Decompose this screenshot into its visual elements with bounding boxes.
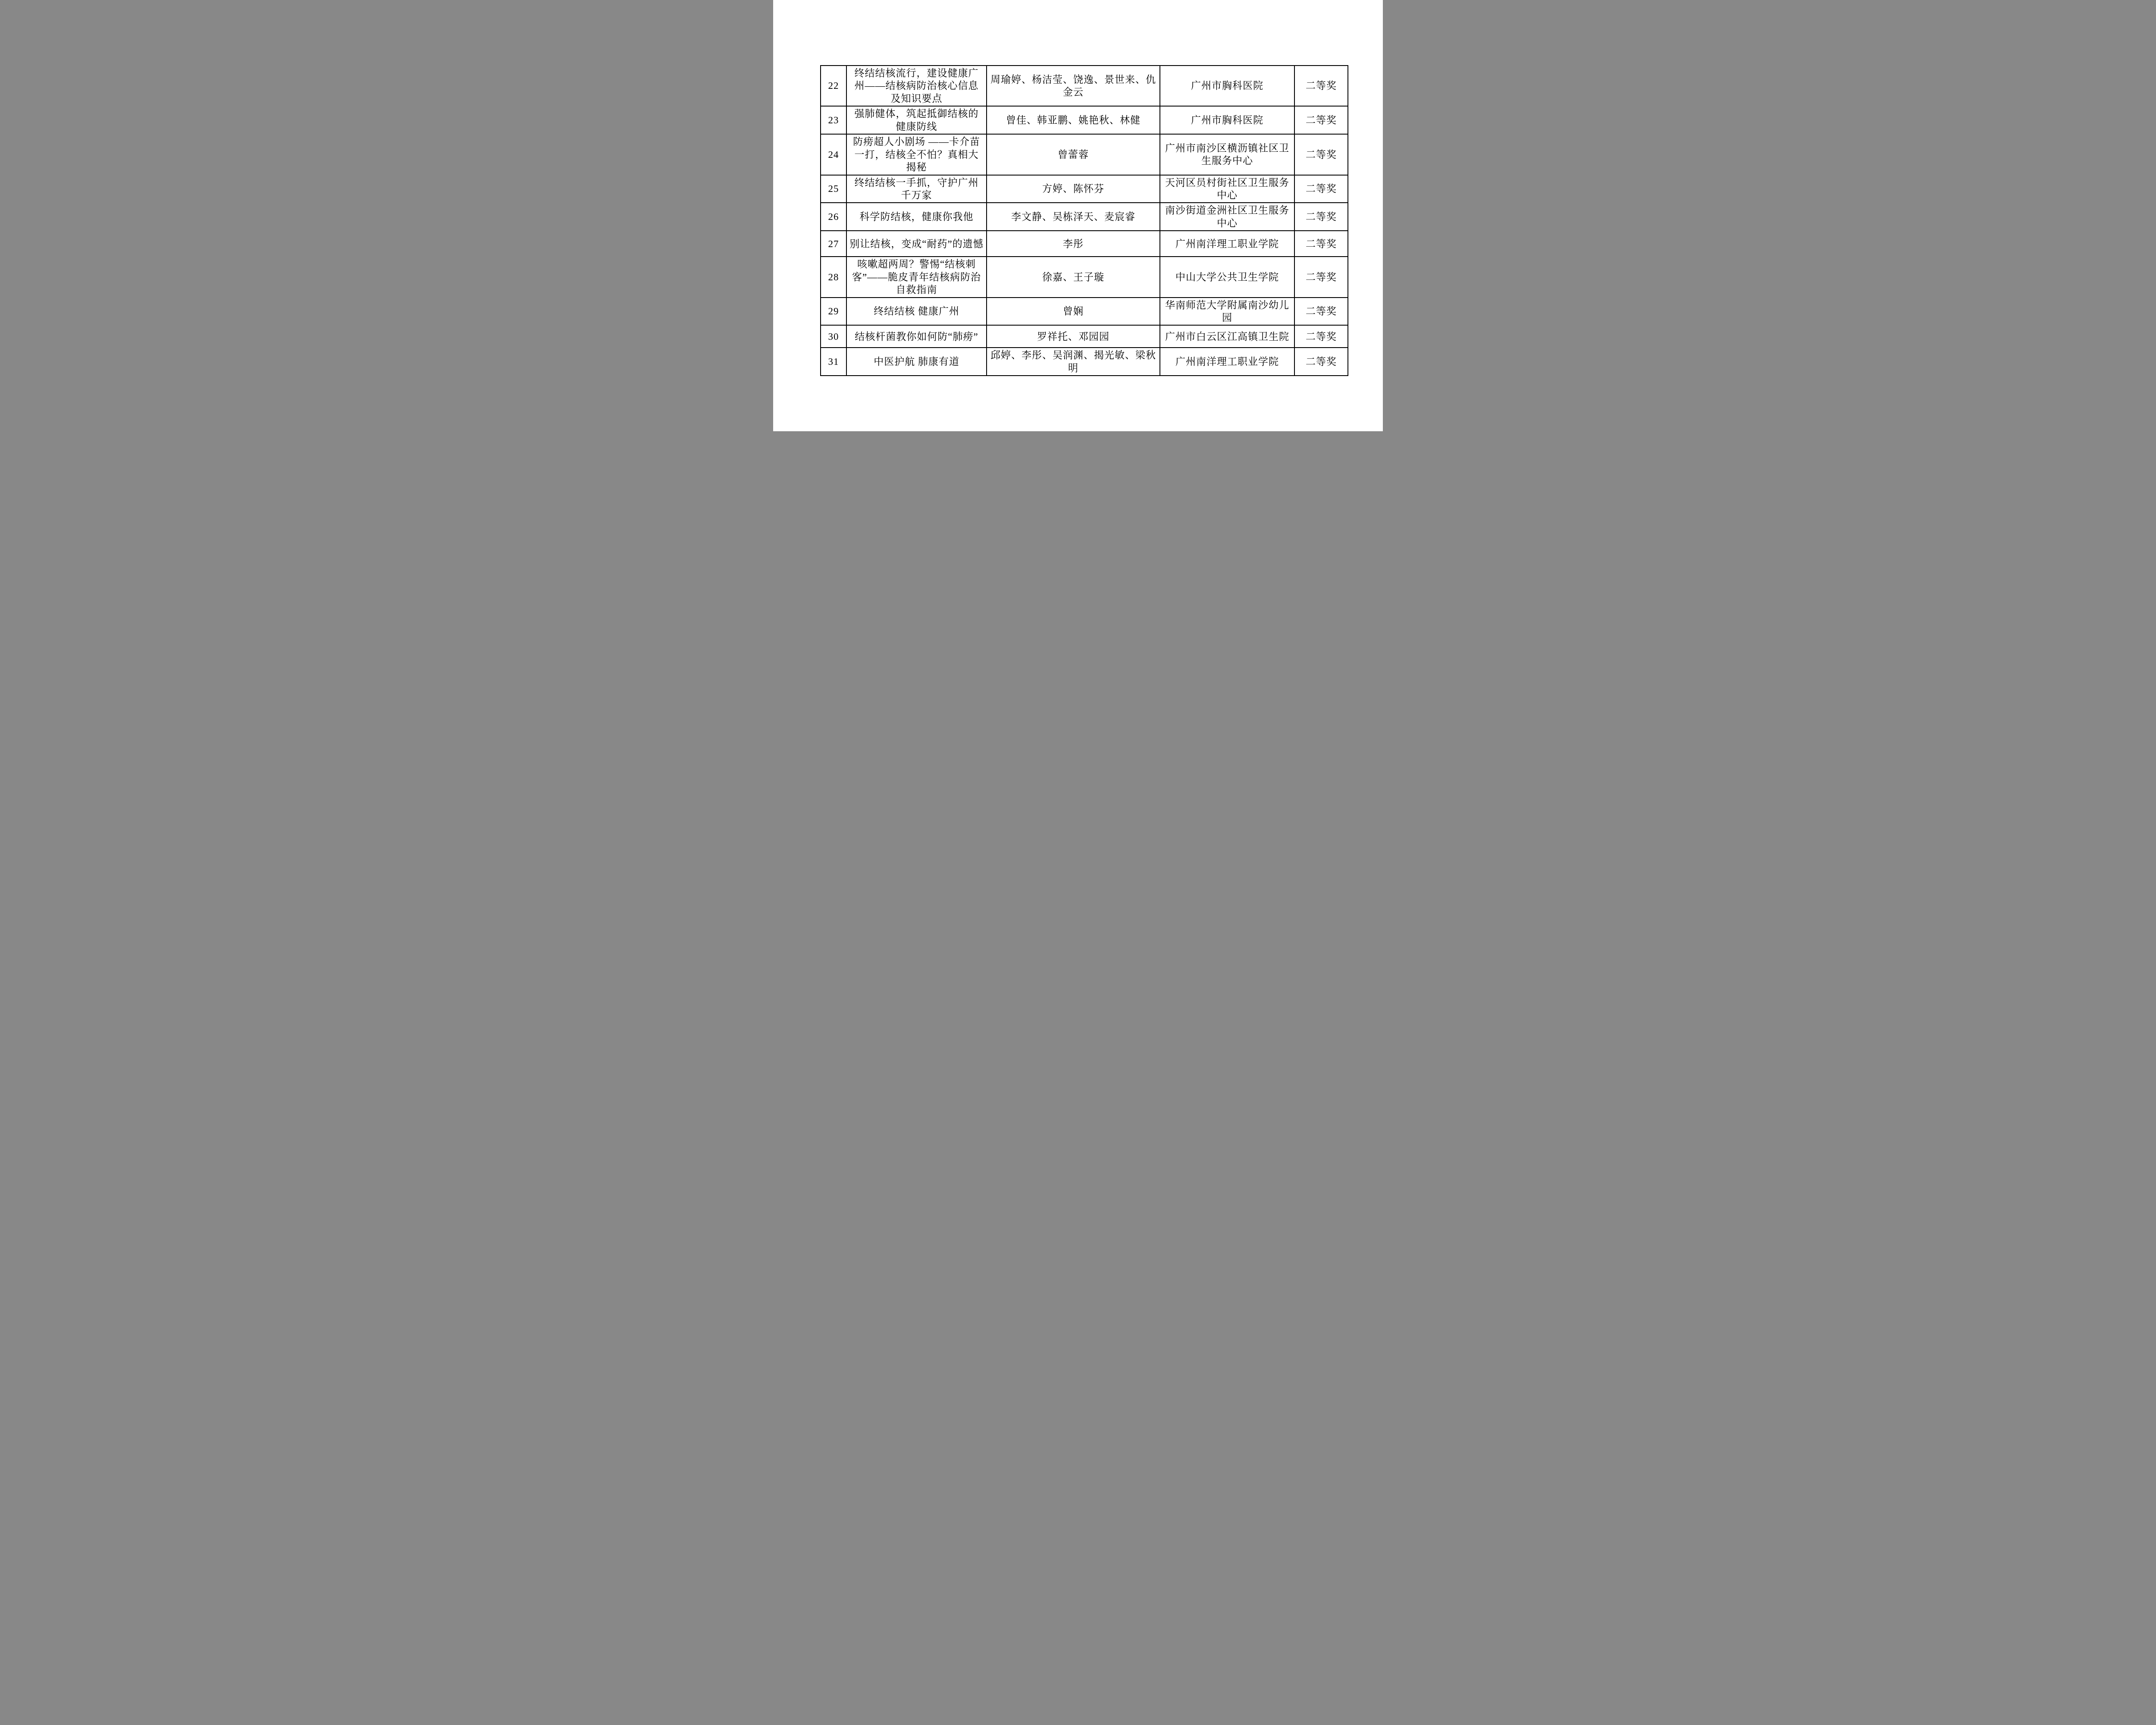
cell-award: 二等奖 [1294,325,1348,348]
cell-row-number: 28 [821,257,846,297]
cell-award: 二等奖 [1294,231,1348,257]
cell-work-title: 终结结核 健康广州 [846,298,987,326]
table-row: 22 终结结核流行，建设健康广州——结核病防治核心信息及知识要点 周瑜婷、杨洁莹… [821,66,1348,106]
cell-authors: 周瑜婷、杨洁莹、饶逸、景世来、仇金云 [987,66,1160,106]
cell-authors: 邱婷、李彤、吴润渊、揭光敏、梁秋明 [987,348,1160,376]
cell-award: 二等奖 [1294,203,1348,231]
table-row: 27 别让结核，变成“耐药”的遗憾 李彤 广州南洋理工职业学院 二等奖 [821,231,1348,257]
table-row: 26 科学防结核，健康你我他 李文静、吴栋泽天、麦宸睿 南沙街道金洲社区卫生服务… [821,203,1348,231]
cell-organization: 广州市白云区江高镇卫生院 [1160,325,1294,348]
cell-organization: 广州南洋理工职业学院 [1160,348,1294,376]
table-row: 25 终结结核一手抓，守护广州千万家 方婷、陈怀芬 天河区员村街社区卫生服务中心… [821,175,1348,203]
cell-work-title: 强肺健体，筑起抵御结核的健康防线 [846,106,987,134]
cell-row-number: 30 [821,325,846,348]
cell-authors: 李彤 [987,231,1160,257]
cell-authors: 曾佳、韩亚鹏、姚艳秋、林健 [987,106,1160,134]
cell-work-title: 终结结核流行，建设健康广州——结核病防治核心信息及知识要点 [846,66,987,106]
cell-authors: 曾蕾蓉 [987,134,1160,175]
cell-award: 二等奖 [1294,66,1348,106]
table-row: 24 防痨超人小剧场 ——卡介苗一打，结核全不怕？真相大揭秘 曾蕾蓉 广州市南沙… [821,134,1348,175]
awards-table: 22 终结结核流行，建设健康广州——结核病防治核心信息及知识要点 周瑜婷、杨洁莹… [820,65,1348,376]
cell-work-title: 终结结核一手抓，守护广州千万家 [846,175,987,203]
cell-award: 二等奖 [1294,175,1348,203]
cell-organization: 广州市南沙区横沥镇社区卫生服务中心 [1160,134,1294,175]
cell-organization: 广州南洋理工职业学院 [1160,231,1294,257]
cell-row-number: 23 [821,106,846,134]
cell-organization: 天河区员村街社区卫生服务中心 [1160,175,1294,203]
cell-row-number: 29 [821,298,846,326]
table-row: 23 强肺健体，筑起抵御结核的健康防线 曾佳、韩亚鹏、姚艳秋、林健 广州市胸科医… [821,106,1348,134]
cell-authors: 曾娴 [987,298,1160,326]
cell-organization: 中山大学公共卫生学院 [1160,257,1294,297]
cell-row-number: 26 [821,203,846,231]
cell-organization: 广州市胸科医院 [1160,106,1294,134]
cell-row-number: 27 [821,231,846,257]
cell-work-title: 咳嗽超两周？警惕“结核刺客”——脆皮青年结核病防治自救指南 [846,257,987,297]
cell-row-number: 25 [821,175,846,203]
cell-authors: 李文静、吴栋泽天、麦宸睿 [987,203,1160,231]
document-page: 22 终结结核流行，建设健康广州——结核病防治核心信息及知识要点 周瑜婷、杨洁莹… [773,0,1383,431]
table-row: 29 终结结核 健康广州 曾娴 华南师范大学附属南沙幼儿园 二等奖 [821,298,1348,326]
cell-organization: 广州市胸科医院 [1160,66,1294,106]
cell-award: 二等奖 [1294,298,1348,326]
cell-authors: 方婷、陈怀芬 [987,175,1160,203]
cell-work-title: 结核杆菌教你如何防“肺痨” [846,325,987,348]
cell-organization: 华南师范大学附属南沙幼儿园 [1160,298,1294,326]
cell-authors: 罗祥托、邓园园 [987,325,1160,348]
cell-work-title: 科学防结核，健康你我他 [846,203,987,231]
cell-award: 二等奖 [1294,257,1348,297]
cell-row-number: 31 [821,348,846,376]
cell-work-title: 中医护航 肺康有道 [846,348,987,376]
table-row: 30 结核杆菌教你如何防“肺痨” 罗祥托、邓园园 广州市白云区江高镇卫生院 二等… [821,325,1348,348]
table-row: 28 咳嗽超两周？警惕“结核刺客”——脆皮青年结核病防治自救指南 徐嘉、王子璇 … [821,257,1348,297]
cell-work-title: 防痨超人小剧场 ——卡介苗一打，结核全不怕？真相大揭秘 [846,134,987,175]
cell-row-number: 22 [821,66,846,106]
cell-work-title: 别让结核，变成“耐药”的遗憾 [846,231,987,257]
cell-row-number: 24 [821,134,846,175]
table-row: 31 中医护航 肺康有道 邱婷、李彤、吴润渊、揭光敏、梁秋明 广州南洋理工职业学… [821,348,1348,376]
cell-organization: 南沙街道金洲社区卫生服务中心 [1160,203,1294,231]
cell-award: 二等奖 [1294,348,1348,376]
cell-authors: 徐嘉、王子璇 [987,257,1160,297]
cell-award: 二等奖 [1294,106,1348,134]
cell-award: 二等奖 [1294,134,1348,175]
